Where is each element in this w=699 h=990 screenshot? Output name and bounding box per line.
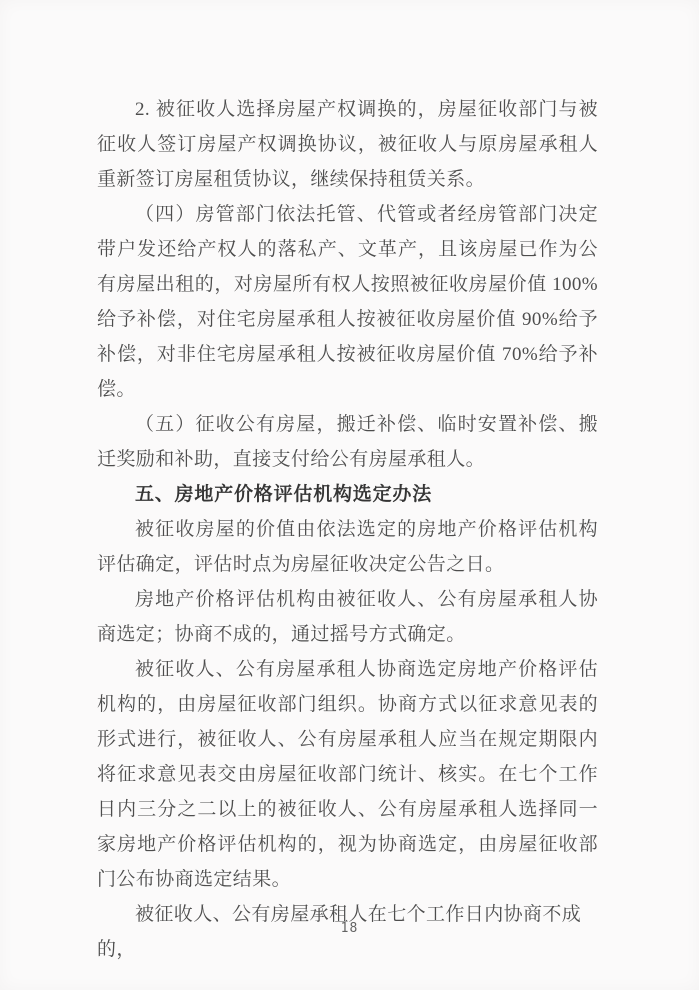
paragraph-agency-selection: 房地产价格评估机构由被征收人、公有房屋承租人协商选定；协商不成的，通过摇号方式确…	[97, 582, 598, 652]
page-number: 18	[0, 921, 699, 936]
paragraph-valuation-basis: 被征收房屋的价值由依法选定的房地产价格评估机构评估确定，评估时点为房屋征收决定公…	[97, 512, 598, 582]
paragraph-item-four: （四）房管部门依法托管、代管或者经房管部门决定带户发还给产权人的落私产、文革产，…	[97, 197, 598, 407]
section-heading: 五、房地产价格评估机构选定办法	[97, 477, 598, 512]
document-body: 2. 被征收人选择房屋产权调换的，房屋征收部门与被征收人签订房屋产权调换协议，被…	[97, 92, 598, 967]
paragraph-item-five: （五）征收公有房屋，搬迁补偿、临时安置补偿、搬迁奖励和补助，直接支付给公有房屋承…	[97, 407, 598, 477]
paragraph-consultation-process: 被征收人、公有房屋承租人协商选定房地产价格评估机构的，由房屋征收部门组织。协商方…	[97, 652, 598, 897]
document-page: 2. 被征收人选择房屋产权调换的，房屋征收部门与被征收人签订房屋产权调换协议，被…	[0, 0, 699, 990]
paragraph-property-swap: 2. 被征收人选择房屋产权调换的，房屋征收部门与被征收人签订房屋产权调换协议，被…	[97, 92, 598, 197]
